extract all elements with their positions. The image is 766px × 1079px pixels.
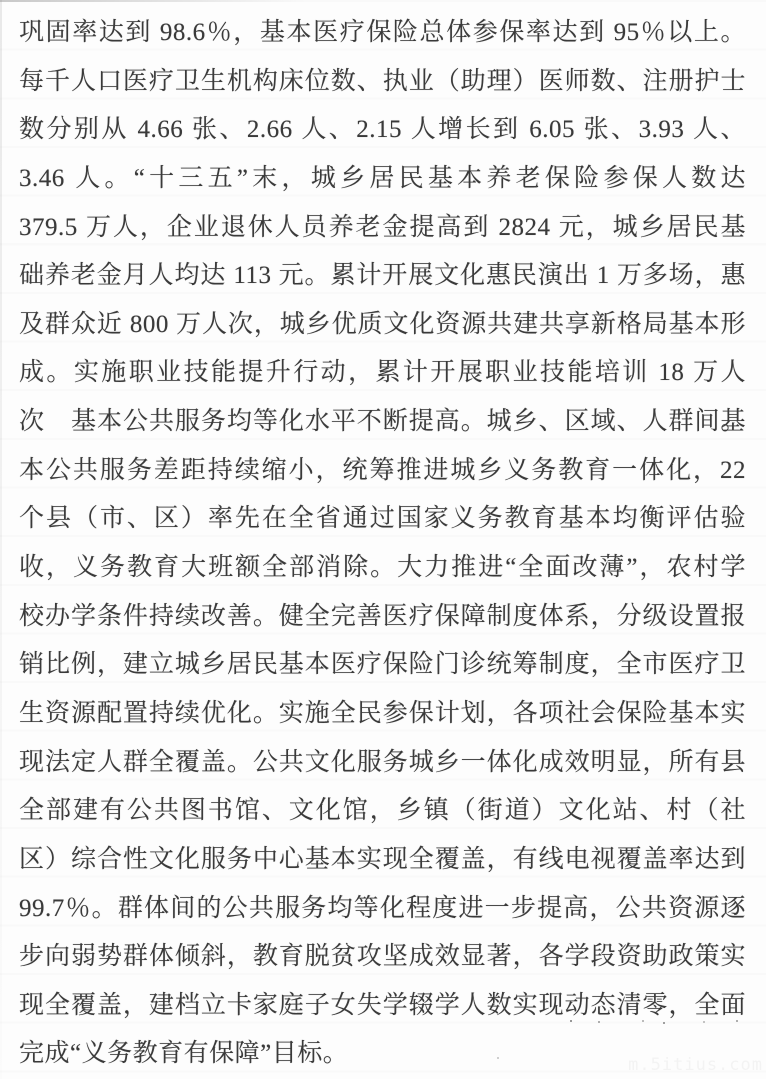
- text-line: 成。实施职业技能提升行动，累计开展职业技能培训 18 万人次。: [19, 349, 746, 398]
- text-line: 99.7％。群体间的公共服务均等化程度进一步提高，公共资源逐: [19, 885, 746, 934]
- text-line: 379.5 万人，企业退休人员养老金提高到 2824 元，城乡居民基: [19, 204, 746, 253]
- text-line: 巩固率达到 98.6％，基本医疗保险总体参保率达到 95％以上。: [19, 9, 746, 58]
- text-line: 生资源配置持续优化。实施全民参保计划，各项社会保险基本实: [19, 690, 746, 739]
- text-line: 校办学条件持续改善。健全完善医疗保障制度体系，分级设置报: [19, 593, 746, 642]
- text-line: 基本公共服务均等化水平不断提高。城乡、区域、人群间基: [19, 398, 746, 447]
- watermark-text: m.5itius.com: [628, 1055, 763, 1075]
- text-line: 区）综合性文化服务中心基本实现全覆盖，有线电视覆盖率达到: [19, 836, 746, 885]
- text-line: 现全覆盖，建档立卡家庭子女失学辍学人数实现动态清零，全面: [19, 982, 746, 1031]
- text-line: 每千人口医疗卫生机构床位数、执业（助理）医师数、注册护士: [19, 58, 746, 107]
- text-line: 3.46 人。“十三五”末，城乡居民基本养老保险参保人数达: [19, 155, 746, 204]
- text-line: 础养老金月人均达 113 元。累计开展文化惠民演出 1 万多场，惠: [19, 252, 746, 301]
- document-page: 巩固率达到 98.6％，基本医疗保险总体参保率达到 95％以上。每千人口医疗卫生…: [0, 0, 766, 1079]
- text-body: 巩固率达到 98.6％，基本医疗保险总体参保率达到 95％以上。每千人口医疗卫生…: [19, 9, 746, 1079]
- text-line: 步向弱势群体倾斜，教育脱贫攻坚成效显著，各学段资助政策实: [19, 933, 746, 982]
- text-line: 数分别从 4.66 张、2.66 人、2.15 人增长到 6.05 张、3.93…: [19, 106, 746, 155]
- text-line: 本公共服务差距持续缩小，统筹推进城乡义务教育一体化，22: [19, 447, 746, 496]
- scan-edge-artifact-left: [0, 0, 2, 1079]
- text-line: 个县（市、区）率先在全省通过国家义务教育基本均衡评估验: [19, 495, 746, 544]
- text-line: 销比例，建立城乡居民基本医疗保险门诊统筹制度，全市医疗卫: [19, 641, 746, 690]
- text-line: 现法定人群全覆盖。公共文化服务城乡一体化成效明显，所有县: [19, 739, 746, 788]
- text-line: 及群众近 800 万人次，城乡优质文化资源共建共享新格局基本形: [19, 301, 746, 350]
- scan-edge-artifact-top: [0, 0, 306, 2]
- text-line: 全部建有公共图书馆、文化馆，乡镇（街道）文化站、村（社: [19, 787, 746, 836]
- text-line: 收，义务教育大班额全部消除。大力推进“全面改薄”，农村学: [19, 544, 746, 593]
